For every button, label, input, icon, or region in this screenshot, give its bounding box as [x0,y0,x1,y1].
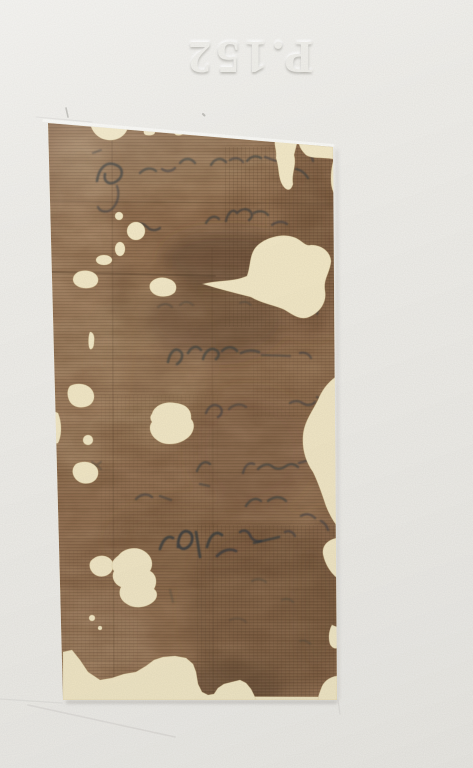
scan-page: P.152 [0,0,473,768]
scan-grain [0,0,473,768]
papyrus-fragment [0,0,473,768]
